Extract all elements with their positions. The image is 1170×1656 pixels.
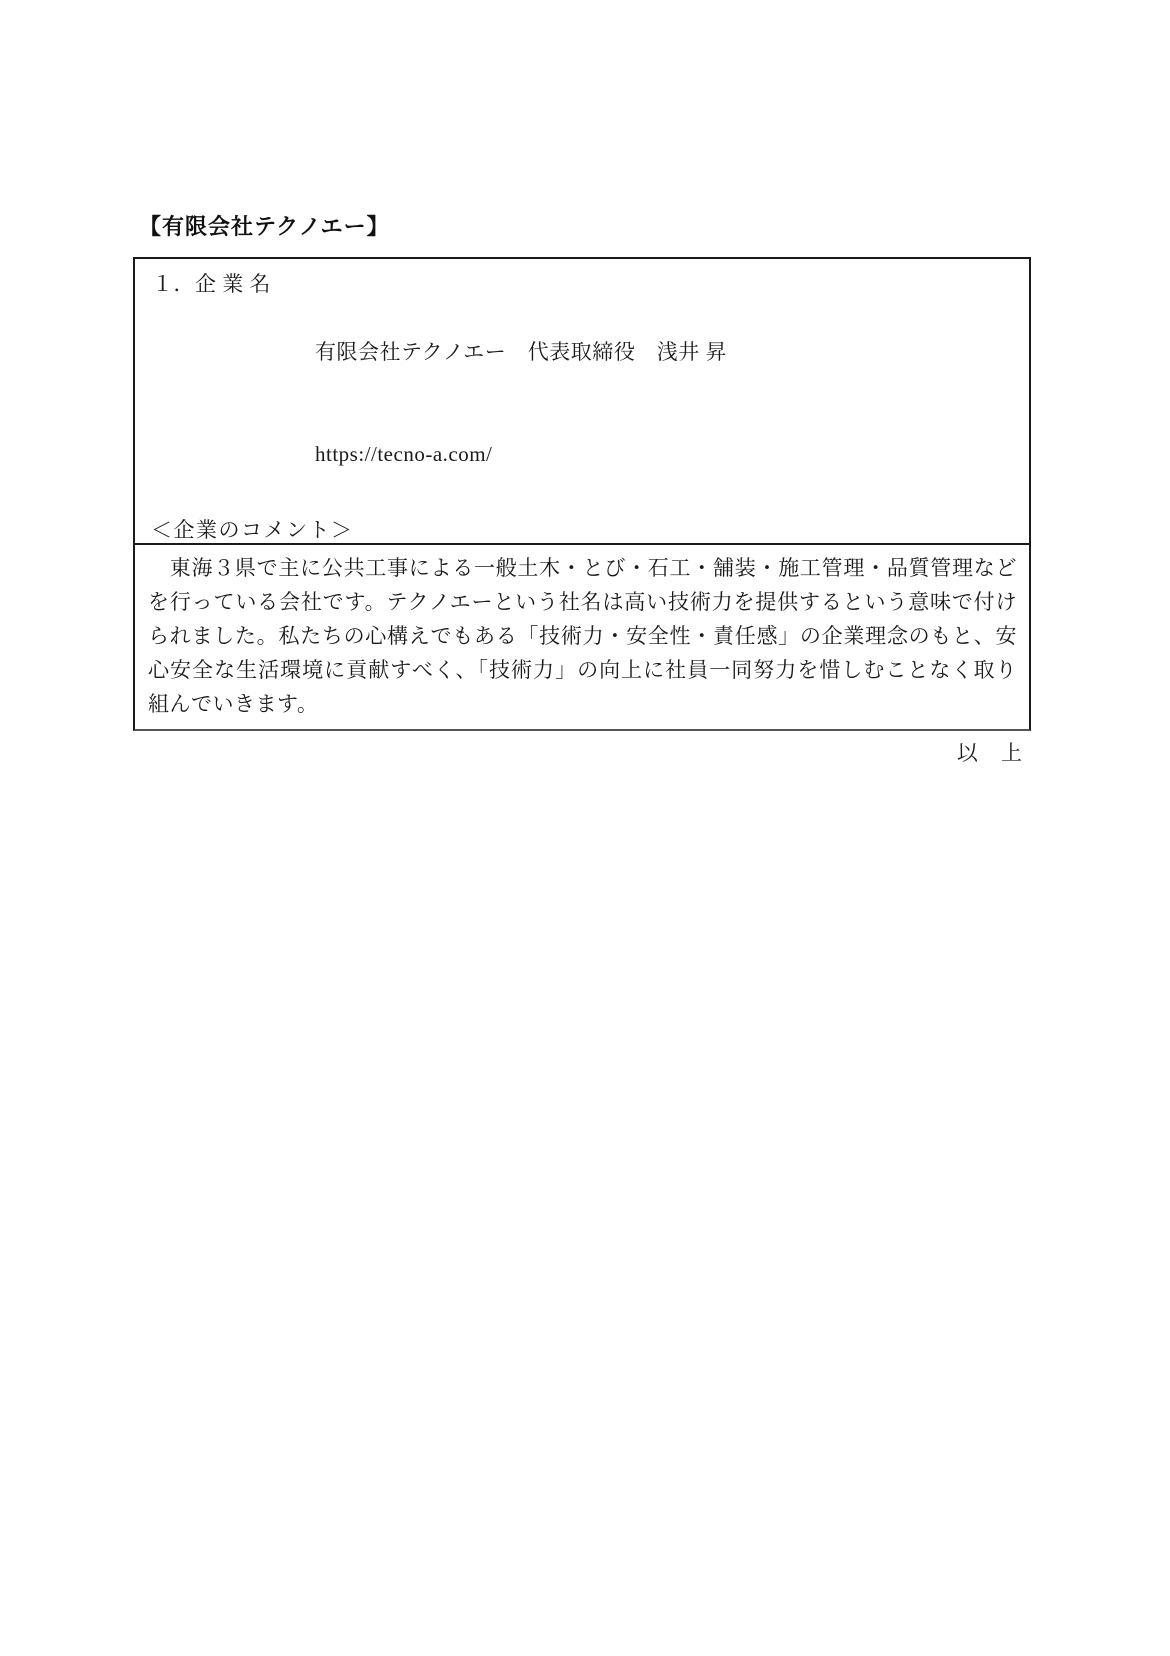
table-row-company-name: １．企 業 名 有限会社テクノエー 代表取締役 浅井 昇 https://tec… [135,267,1019,539]
document-page: 【有限会社テクノエー】 １．企 業 名 有限会社テクノエー 代表取締役 浅井 昇… [0,0,1170,1656]
closing-text: 以 上 [133,737,1031,767]
page-title: 【有限会社テクノエー】 [139,210,390,241]
row-value-company-name-cell: 有限会社テクノエー 代表取締役 浅井 昇 https://tecno-a.com… [315,267,1019,539]
company-url: https://tecno-a.com/ [315,437,1019,471]
row-label-company-name: １．企 業 名 [135,267,315,539]
comment-section-heading: ＜企業のコメント＞ [151,514,354,544]
comment-text: 東海３県で主に公共工事による一般土木・とび・石工・舗装・施工管理・品質管理などを… [148,551,1017,721]
comment-box: 東海３県で主に公共工事による一般土木・とび・石工・舗装・施工管理・品質管理などを… [133,543,1031,731]
company-name-value: 有限会社テクノエー 代表取締役 浅井 昇 [315,335,1019,369]
